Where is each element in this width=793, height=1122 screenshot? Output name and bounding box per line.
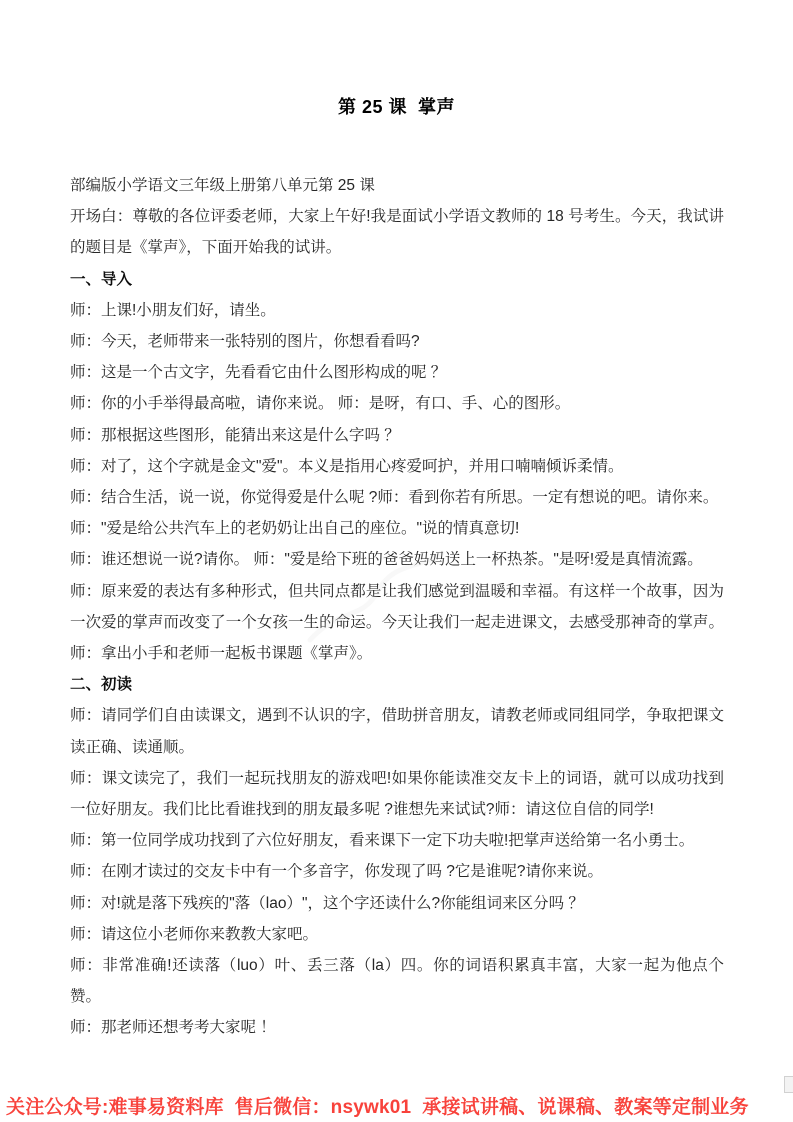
paragraph: 师：非常准确!还读落（luo）叶、丢三落（la）四。你的词语积累真丰富，大家一起…: [70, 950, 724, 1012]
document-page: { "page": { "background": "#ffffff", "ti…: [0, 0, 793, 1122]
paragraph: 师：那老师还想考考大家呢 ！: [70, 1012, 724, 1043]
paragraph: 师：原来爱的表达有多种形式，但共同点都是让我们感觉到温暖和幸福。有这样一个故事，…: [70, 576, 724, 670]
paragraph: 师：对!就是落下残疾的"落（lao）"，这个字还读什么?你能组词来区分吗 ？: [70, 888, 724, 919]
paragraph: 师：对了，这个字就是金文"爱"。本义是指用心疼爱呵护，并用口喃喃倾诉柔情。: [70, 451, 724, 482]
paragraph: 部编版小学语文三年级上册第八单元第 25 课: [70, 170, 724, 201]
paragraph: 师：上课!小朋友们好，请坐。: [70, 295, 724, 326]
paragraph: 师：在刚才读过的交友卡中有一个多音字，你发现了吗 ?它是谁呢?请你来说。: [70, 856, 724, 887]
paragraph: 师："爱是给公共汽车上的老奶奶让出自己的座位。"说的情真意切!: [70, 513, 724, 544]
paragraph: 开场白：尊敬的各位评委老师，大家上午好!我是面试小学语文教师的 18 号考生。今…: [70, 201, 724, 263]
paragraph: 师：那根据这些图形，能猜出来这是什么字吗 ？: [70, 420, 724, 451]
paragraph: 师：这是一个古文字，先看看它由什么图形构成的呢 ？: [70, 357, 724, 388]
paragraph: 师：今天，老师带来一张特别的图片，你想看看吗?: [70, 326, 724, 357]
document-body: 部编版小学语文三年级上册第八单元第 25 课开场白：尊敬的各位评委老师，大家上午…: [70, 170, 724, 1044]
footer-promo: 关注公众号:难事易资料库 售后微信：nsywk01 承接试讲稿、说课稿、教案等定…: [6, 1092, 792, 1119]
paragraph: 师：谁还想说一说?请你。 师："爱是给下班的爸爸妈妈送上一杯热茶。"是呀!爱是真…: [70, 544, 724, 575]
corner-artifact: [784, 1076, 793, 1093]
paragraph: 师：第一位同学成功找到了六位好朋友，看来课下一定下功夫啦!把掌声送给第一名小勇士…: [70, 825, 724, 856]
paragraph: 师：请同学们自由读课文，遇到不认识的字，借助拼音朋友，请教老师或同组同学，争取把…: [70, 700, 724, 762]
paragraph: 师：结合生活，说一说，你觉得爱是什么呢 ?师：看到你若有所思。一定有想说的吧。请…: [70, 482, 724, 513]
document-title: 第 25 课 掌声: [0, 93, 793, 119]
section-heading: 二、初读: [70, 669, 724, 700]
paragraph: 师：你的小手举得最高啦，请你来说。 师：是呀，有口、手、心的图形。: [70, 388, 724, 419]
paragraph: 师：课文读完了，我们一起玩找朋友的游戏吧!如果你能读准交友卡上的词语，就可以成功…: [70, 763, 724, 825]
paragraph: 师：请这位小老师你来教教大家吧。: [70, 919, 724, 950]
section-heading: 一、导入: [70, 264, 724, 295]
